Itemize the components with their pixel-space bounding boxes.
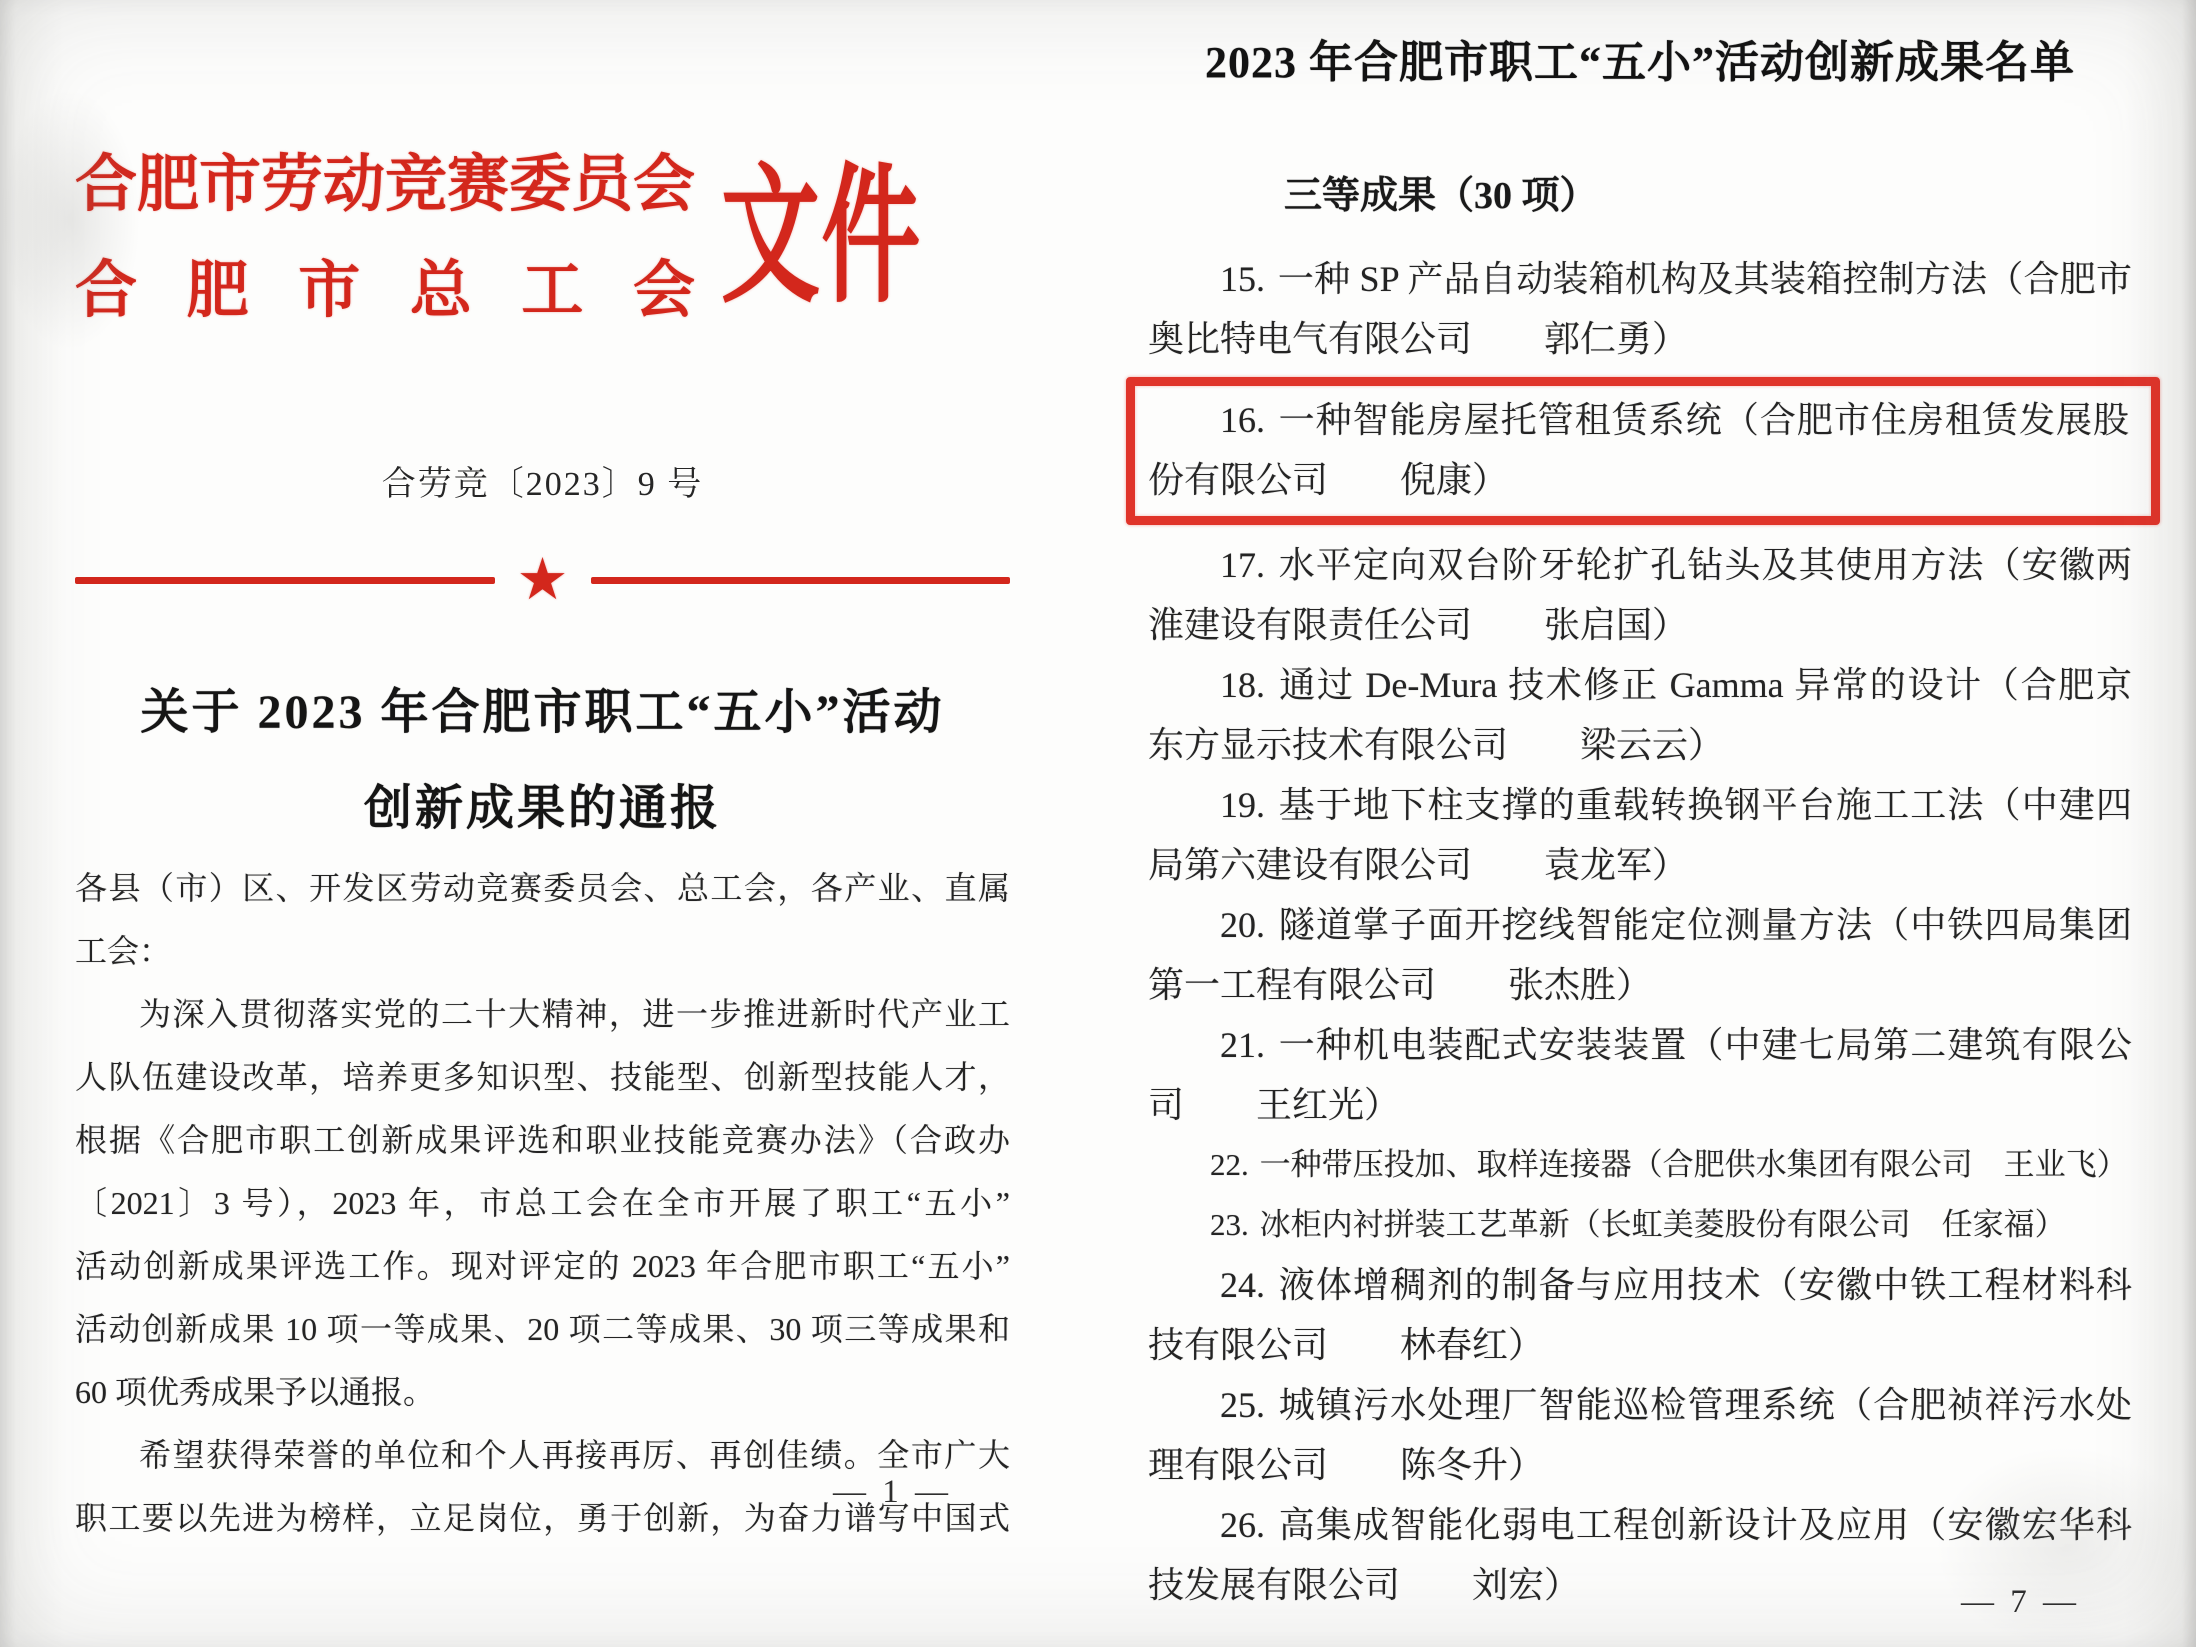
- star-icon: ★: [517, 551, 569, 609]
- body-line: 〔2021〕3 号），2023 年，市总工会在全市开展了职工“五小”: [75, 1172, 1010, 1235]
- award-item-text: 城镇污水处理厂智能巡检管理系统（合肥祯祥污水处理有限公司 陈冬升）: [1148, 1385, 2132, 1485]
- award-item: 19.基于地下柱支撑的重载转换钢平台施工工法（中建四局第六建设有限公司 袁龙军）: [1148, 775, 2132, 895]
- award-item: 24.液体增稠剂的制备与应用技术（安徽中铁工程材料科技有限公司 林春红）: [1148, 1255, 2132, 1375]
- award-item-text: 冰柜内衬拼装工艺革新（长虹美菱股份有限公司 任家福）: [1260, 1207, 2066, 1242]
- award-item-text: 一种 SP 产品自动装箱机构及其装箱控制方法（合肥市奥比特电气有限公司 郭仁勇）: [1148, 259, 2132, 359]
- scanned-document: 合肥市劳动竞赛委员会 合肥市总工会 文件 合劳竞〔2023〕9 号 ★ 关于 2…: [0, 0, 2196, 1647]
- section-heading-third-prize: 三等成果（30 项）: [1284, 164, 2132, 219]
- award-item-text: 基于地下柱支撑的重载转换钢平台施工工法（中建四局第六建设有限公司 袁龙军）: [1148, 785, 2132, 885]
- agency-name-line2: 合肥市总工会: [75, 238, 695, 344]
- document-number: 合劳竞〔2023〕9 号: [75, 456, 1010, 505]
- award-items-list: 15.一种 SP 产品自动装箱机构及其装箱控制方法（合肥市奥比特电气有限公司 郭…: [1148, 249, 2132, 1615]
- award-item: 21.一种机电装配式安装装置（中建七局第二建筑有限公司 王红光）: [1148, 1015, 2132, 1135]
- body-line: 各县（市）区、开发区劳动竞赛委员会、总工会，各产业、直属: [75, 857, 1010, 920]
- award-item-number: 21.: [1220, 1025, 1265, 1065]
- award-item-number: 15.: [1220, 259, 1265, 299]
- award-item-text: 一种智能房屋托管租赁系统（合肥市住房租赁发展股份有限公司 倪康）: [1148, 400, 2129, 500]
- award-item: 17.水平定向双台阶牙轮扩孔钻头及其使用方法（安徽两淮建设有限责任公司 张启国）: [1148, 535, 2132, 655]
- document-page-7: 2023 年合肥市职工“五小”活动创新成果名单 三等成果（30 项） 15.一种…: [1098, 0, 2196, 1647]
- award-item-text: 水平定向双台阶牙轮扩孔钻头及其使用方法（安徽两淮建设有限责任公司 张启国）: [1148, 545, 2132, 645]
- award-item-number: 24.: [1220, 1265, 1265, 1305]
- page-number-1: — 1 —: [833, 1474, 952, 1511]
- page-1-content: 合肥市劳动竞赛委员会 合肥市总工会 文件 合劳竞〔2023〕9 号 ★ 关于 2…: [0, 132, 1098, 1550]
- award-item-text: 隧道掌子面开挖线智能定位测量方法（中铁四局集团第一工程有限公司 张杰胜）: [1148, 905, 2132, 1005]
- award-item-text: 一种带压投加、取样连接器（合肥供水集团有限公司 王业飞）: [1260, 1147, 2128, 1182]
- body-line: 人队伍建设改革，培养更多知识型、技能型、创新型技能人才，: [75, 1046, 1010, 1109]
- body-line: 工会：: [75, 920, 1010, 983]
- document-title-line1: 关于 2023 年合肥市职工“五小”活动: [75, 665, 1010, 761]
- document-title-line2: 创新成果的通报: [75, 761, 1010, 857]
- document-title: 关于 2023 年合肥市职工“五小”活动 创新成果的通报: [75, 665, 1010, 857]
- page-number-7: — 7 —: [1961, 1584, 2080, 1621]
- award-item-text: 一种机电装配式安装装置（中建七局第二建筑有限公司 王红光）: [1148, 1025, 2132, 1125]
- award-item-number: 20.: [1220, 905, 1265, 945]
- body-line: 活动创新成果 10 项一等成果、20 项二等成果、30 项三等成果和: [75, 1298, 1010, 1361]
- agency-name-line1: 合肥市劳动竞赛委员会: [75, 132, 695, 238]
- award-item-number: 17.: [1220, 545, 1265, 585]
- award-item-text: 液体增稠剂的制备与应用技术（安徽中铁工程材料科技有限公司 林春红）: [1148, 1265, 2132, 1365]
- award-item-number: 25.: [1220, 1385, 1265, 1425]
- award-item-number: 22.: [1210, 1147, 1249, 1182]
- award-item: 15.一种 SP 产品自动装箱机构及其装箱控制方法（合肥市奥比特电气有限公司 郭…: [1148, 249, 2132, 369]
- issuing-agencies: 合肥市劳动竞赛委员会 合肥市总工会: [75, 132, 695, 344]
- award-item-number: 18.: [1220, 665, 1265, 705]
- body-line: 活动创新成果评选工作。现对评定的 2023 年合肥市职工“五小”: [75, 1235, 1010, 1298]
- document-page-1: 合肥市劳动竞赛委员会 合肥市总工会 文件 合劳竞〔2023〕9 号 ★ 关于 2…: [0, 0, 1098, 1647]
- award-item: 23.冰柜内衬拼装工艺革新（长虹美菱股份有限公司 任家福）: [1148, 1195, 2132, 1255]
- red-divider: ★: [75, 551, 1010, 609]
- body-line: 根据《合肥市职工创新成果评选和职业技能竞赛办法》（合政办: [75, 1109, 1010, 1172]
- award-item-number: 16.: [1220, 400, 1265, 440]
- award-item-number: 26.: [1220, 1505, 1265, 1545]
- red-divider-line-right: [591, 577, 1011, 584]
- award-item-number: 23.: [1210, 1207, 1249, 1242]
- body-line: 60 项优秀成果予以通报。: [75, 1361, 1010, 1424]
- award-item-number: 19.: [1220, 785, 1265, 825]
- letterhead: 合肥市劳动竞赛委员会 合肥市总工会 文件: [75, 132, 1010, 344]
- award-item-text: 通过 De-Mura 技术修正 Gamma 异常的设计（合肥京东方显示技术有限公…: [1148, 665, 2132, 765]
- body-line: 为深入贯彻落实党的二十大精神，进一步推进新时代产业工: [75, 983, 1010, 1046]
- award-item: 20.隧道掌子面开挖线智能定位测量方法（中铁四局集团第一工程有限公司 张杰胜）: [1148, 895, 2132, 1015]
- award-item: 18.通过 De-Mura 技术修正 Gamma 异常的设计（合肥京东方显示技术…: [1148, 655, 2132, 775]
- list-title: 2023 年合肥市职工“五小”活动创新成果名单: [1148, 26, 2132, 90]
- award-item: 25.城镇污水处理厂智能巡检管理系统（合肥祯祥污水处理有限公司 陈冬升）: [1148, 1375, 2132, 1495]
- page-7-content: 2023 年合肥市职工“五小”活动创新成果名单 三等成果（30 项） 15.一种…: [1098, 26, 2196, 1615]
- document-type-label: 文件: [721, 133, 922, 343]
- award-item: 22.一种带压投加、取样连接器（合肥供水集团有限公司 王业飞）: [1148, 1135, 2132, 1195]
- award-item: 16.一种智能房屋托管租赁系统（合肥市住房租赁发展股份有限公司 倪康）: [1126, 377, 2160, 525]
- document-body: 各县（市）区、开发区劳动竞赛委员会、总工会，各产业、直属 工会： 为深入贯彻落实…: [75, 857, 1010, 1550]
- red-divider-line-left: [75, 577, 495, 584]
